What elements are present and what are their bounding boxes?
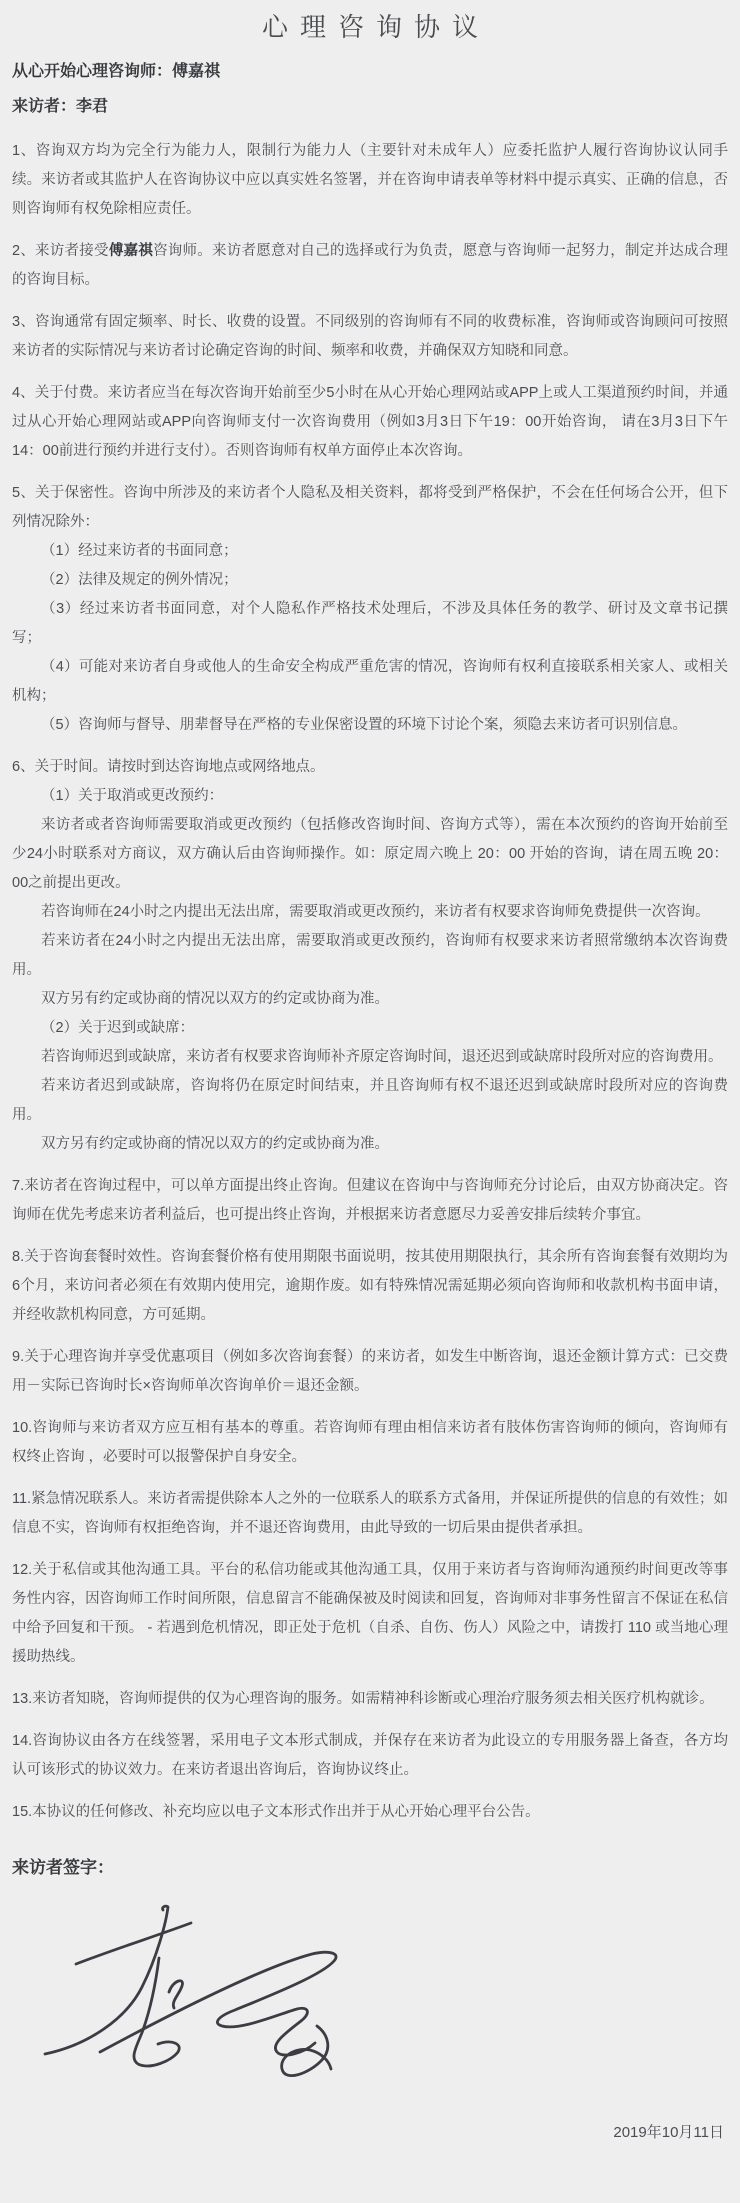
visitor-name: 李君: [76, 98, 108, 115]
agreement-paragraph: 14.咨询协议由各方在线签署，采用电子文本形式制成，并保存在来访者为此设立的专用…: [12, 1727, 728, 1785]
visitor-line: 来访者：李君: [12, 97, 728, 117]
counselor-name: 傅嘉祺: [172, 63, 220, 80]
paragraph-text: （1）关于取消或更改预约：: [41, 788, 223, 804]
agreement-paragraph: 双方另有约定或协商的情况以双方的约定或协商为准。: [12, 1130, 728, 1159]
agreement-paragraph: 13.来访者知晓，咨询师提供的仅为心理咨询的服务。如需精神科诊断或心理治疗服务须…: [12, 1685, 728, 1714]
paragraph-text: （4）可能对来访者自身或他人的生命安全构成严重危害的情况，咨询师有权利直接联系相…: [12, 659, 728, 704]
agreement-paragraph: 若来访者在24小时之内提出无法出席，需要取消或更改预约，咨询师有权要求来访者照常…: [12, 927, 728, 985]
paragraph-text: 4、关于付费。来访者应当在每次咨询开始前至少5小时在从心开始心理网站或APP上或…: [12, 385, 728, 459]
agreement-paragraph: 4、关于付费。来访者应当在每次咨询开始前至少5小时在从心开始心理网站或APP上或…: [12, 379, 728, 466]
agreement-paragraph: 1、咨询双方均为完全行为能力人，限制行为能力人（主要针对未成年人）应委托监护人履…: [12, 137, 728, 224]
agreement-paragraph: 来访者或者咨询师需要取消或更改预约（包括修改咨询时间、咨询方式等），需在本次预约…: [12, 811, 728, 898]
paragraph-text: 1、咨询双方均为完全行为能力人，限制行为能力人（主要针对未成年人）应委托监护人履…: [12, 143, 728, 217]
parties-section: 从心开始心理咨询师：傅嘉祺 来访者：李君: [12, 62, 728, 117]
paragraph-text: 12.关于私信或其他沟通工具。平台的私信功能或其他沟通工具，仅用于来访者与咨询师…: [12, 1562, 728, 1665]
agreement-paragraph: 7.来访者在咨询过程中，可以单方面提出终止咨询。但建议在咨询中与咨询师充分讨论后…: [12, 1172, 728, 1230]
agreement-page: 心理咨询协议 从心开始心理咨询师：傅嘉祺 来访者：李君 1、咨询双方均为完全行为…: [0, 0, 740, 2203]
paragraph-text: 8.关于咨询套餐时效性。咨询套餐价格有使用期限书面说明，按其使用期限执行，其余所…: [12, 1249, 728, 1323]
paragraph-text: 6、关于时间。请按时到达咨询地点或网络地点。: [12, 759, 325, 775]
agreement-paragraph: 若来访者迟到或缺席，咨询将仍在原定时间结束，并且咨询师有权不退还迟到或缺席时段所…: [12, 1072, 728, 1130]
agreement-paragraph: （1）经过来访者的书面同意；: [12, 537, 728, 566]
agreement-paragraph: 8.关于咨询套餐时效性。咨询套餐价格有使用期限书面说明，按其使用期限执行，其余所…: [12, 1243, 728, 1330]
paragraph-text: 14.咨询协议由各方在线签署，采用电子文本形式制成，并保存在来访者为此设立的专用…: [12, 1733, 728, 1778]
paragraph-text: 13.来访者知晓，咨询师提供的仅为心理咨询的服务。如需精神科诊断或心理治疗服务须…: [12, 1691, 714, 1707]
paragraph-text: 若来访者迟到或缺席，咨询将仍在原定时间结束，并且咨询师有权不退还迟到或缺席时段所…: [12, 1078, 728, 1123]
agreement-paragraph: （4）可能对来访者自身或他人的生命安全构成严重危害的情况，咨询师有权利直接联系相…: [12, 653, 728, 711]
paragraph-text: 来访者或者咨询师需要取消或更改预约（包括修改咨询时间、咨询方式等），需在本次预约…: [12, 817, 728, 891]
paragraph-text: （2）关于迟到或缺席：: [41, 1020, 194, 1036]
paragraph-text: 若咨询师迟到或缺席，来访者有权要求咨询师补齐原定咨询时间，退还迟到或缺席时段所对…: [41, 1049, 723, 1065]
agreement-paragraph: 5、关于保密性。咨询中所涉及的来访者个人隐私及相关资料，都将受到严格保护，不会在…: [12, 479, 728, 537]
visitor-signature-label: 来访者签字：: [12, 1857, 728, 1879]
agreement-paragraph: 2、来访者接受傅嘉祺咨询师。来访者愿意对自己的选择或行为负责，愿意与咨询师一起努…: [12, 237, 728, 295]
paragraph-text: 2、来访者接受: [12, 243, 109, 259]
paragraph-text: 双方另有约定或协商的情况以双方的约定或协商为准。: [41, 991, 389, 1007]
paragraph-text: 7.来访者在咨询过程中，可以单方面提出终止咨询。但建议在咨询中与咨询师充分讨论后…: [12, 1178, 728, 1223]
visitor-signature-image: [30, 1897, 370, 2097]
visitor-label: 来访者：: [12, 98, 76, 115]
agreement-paragraph: 10.咨询师与来访者双方应互相有基本的尊重。若咨询师有理由相信来访者有肢体伤害咨…: [12, 1414, 728, 1472]
paragraph-text: 3、咨询通常有固定频率、时长、收费的设置。不同级别的咨询师有不同的收费标准，咨询…: [12, 314, 728, 359]
agreement-paragraph: （2）关于迟到或缺席：: [12, 1014, 728, 1043]
counselor-name-inline: 傅嘉祺: [109, 243, 153, 259]
paragraph-text: （5）咨询师与督导、朋辈督导在严格的专业保密设置的环境下讨论个案，须隐去来访者可…: [41, 717, 687, 733]
agreement-paragraph: （3）经过来访者书面同意，对个人隐私作严格技术处理后，不涉及具体任务的教学、研讨…: [12, 595, 728, 653]
signature-strokes: [30, 1897, 370, 2097]
agreement-paragraph: 15.本协议的任何修改、补充均应以电子文本形式作出并于从心开始心理平台公告。: [12, 1798, 728, 1827]
agreement-paragraph: 双方另有约定或协商的情况以双方的约定或协商为准。: [12, 985, 728, 1014]
paragraph-text: 15.本协议的任何修改、补充均应以电子文本形式作出并于从心开始心理平台公告。: [12, 1804, 540, 1820]
page-title: 心理咨询协议: [12, 8, 728, 46]
paragraph-text: 若来访者在24小时之内提出无法出席，需要取消或更改预约，咨询师有权要求来访者照常…: [12, 933, 728, 978]
agreement-paragraph: 3、咨询通常有固定频率、时长、收费的设置。不同级别的咨询师有不同的收费标准，咨询…: [12, 308, 728, 366]
agreement-paragraph: 6、关于时间。请按时到达咨询地点或网络地点。: [12, 753, 728, 782]
paragraph-text: 5、关于保密性。咨询中所涉及的来访者个人隐私及相关资料，都将受到严格保护，不会在…: [12, 485, 728, 530]
paragraph-text: 9.关于心理咨询并享受优惠项目（例如多次咨询套餐）的来访者，如发生中断咨询，退还…: [12, 1349, 728, 1394]
counselor-label: 从心开始心理咨询师：: [12, 63, 172, 80]
paragraph-text: （1）经过来访者的书面同意；: [41, 543, 238, 559]
agreement-paragraph: 9.关于心理咨询并享受优惠项目（例如多次咨询套餐）的来访者，如发生中断咨询，退还…: [12, 1343, 728, 1401]
paragraph-text: 若咨询师在24小时之内提出无法出席，需要取消或更改预约，来访者有权要求咨询师免费…: [41, 904, 710, 920]
agreement-paragraph: （1）关于取消或更改预约：: [12, 782, 728, 811]
agreement-paragraph: 若咨询师迟到或缺席，来访者有权要求咨询师补齐原定咨询时间，退还迟到或缺席时段所对…: [12, 1043, 728, 1072]
paragraph-text: 双方另有约定或协商的情况以双方的约定或协商为准。: [41, 1136, 389, 1152]
paragraph-text: 11.紧急情况联系人。来访者需提供除本人之外的一位联系人的联系方式备用，并保证所…: [12, 1491, 728, 1536]
agreement-paragraph: （2）法律及规定的例外情况；: [12, 566, 728, 595]
paragraph-text: （3）经过来访者书面同意，对个人隐私作严格技术处理后，不涉及具体任务的教学、研讨…: [12, 601, 728, 646]
agreement-clauses: 1、咨询双方均为完全行为能力人，限制行为能力人（主要针对未成年人）应委托监护人履…: [12, 137, 728, 1827]
signature-date: 2019年10月11日: [12, 2123, 728, 2143]
agreement-paragraph: 若咨询师在24小时之内提出无法出席，需要取消或更改预约，来访者有权要求咨询师免费…: [12, 898, 728, 927]
paragraph-text: 10.咨询师与来访者双方应互相有基本的尊重。若咨询师有理由相信来访者有肢体伤害咨…: [12, 1420, 728, 1465]
agreement-paragraph: （5）咨询师与督导、朋辈督导在严格的专业保密设置的环境下讨论个案，须隐去来访者可…: [12, 711, 728, 740]
agreement-paragraph: 11.紧急情况联系人。来访者需提供除本人之外的一位联系人的联系方式备用，并保证所…: [12, 1485, 728, 1543]
agreement-paragraph: 12.关于私信或其他沟通工具。平台的私信功能或其他沟通工具，仅用于来访者与咨询师…: [12, 1556, 728, 1672]
counselor-line: 从心开始心理咨询师：傅嘉祺: [12, 62, 728, 82]
paragraph-text: （2）法律及规定的例外情况；: [41, 572, 238, 588]
